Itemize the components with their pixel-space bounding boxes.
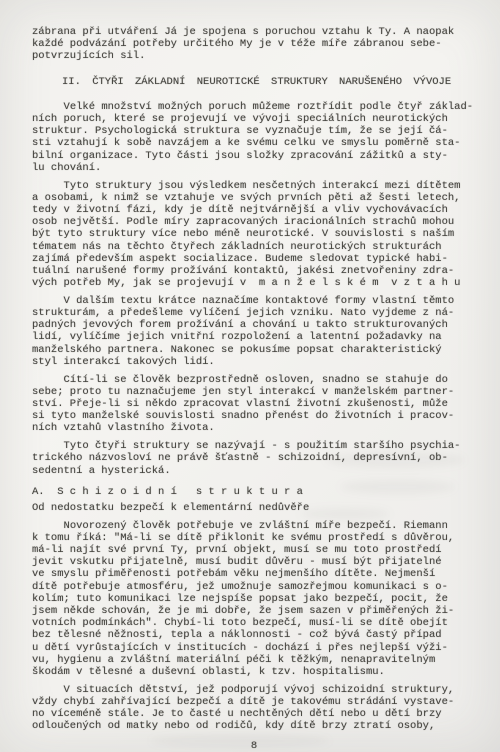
paragraph: Cítí-li se člověk bezprostředně osloven,… [32, 374, 494, 435]
paragraph: Tyto struktury jsou výsledkem nesčetných… [32, 180, 494, 290]
paragraph: Novorozený člověk potřebuje ve zvláštní … [32, 520, 494, 679]
paragraph-continuation: zábrana při utváření Já je spojena s por… [32, 26, 494, 63]
page-number: 8 [32, 740, 476, 752]
paragraph: V situacích dětství, jež podporují vývoj… [32, 684, 494, 733]
chapter-heading: II. ČTYŘI ZÁKLADNÍ NEUROTICKÉ STRUKTURY … [62, 76, 494, 88]
subsection-heading: Od nedostatku bezpečí k elementární nedů… [32, 502, 494, 514]
section-heading: A. S c h i z o i d n í s t r u k t u r a [32, 486, 494, 498]
paragraph: V dalším textu krátce naznačíme kontakto… [32, 295, 494, 368]
paragraph: Velké množství možných poruch můžeme roz… [32, 101, 494, 174]
paragraph: Tyto čtyři struktury se nazývají - s pou… [32, 440, 494, 477]
scanned-typewritten-page: zábrana při utváření Já je spojena s por… [0, 0, 500, 752]
